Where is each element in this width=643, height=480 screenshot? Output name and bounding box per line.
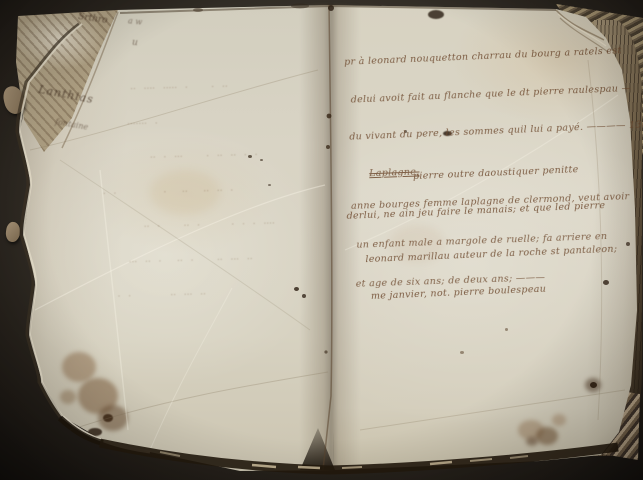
faded-line: ······· · — [127, 113, 331, 130]
faded-line: ··· ·· · ·· · ·· ··· ·· — [129, 251, 335, 268]
faded-text-traces: ·· ···· ····· · · ·· ······· · ·· · ··· … — [130, 55, 337, 325]
faded-line: ·· · ·· · · · · ···· — [144, 216, 334, 232]
faded-line: ·· ···· ····· · · ·· — [130, 78, 330, 95]
manuscript-line: pr à leonard nouquetton charrau du bourg… — [344, 45, 624, 69]
spine-note: u — [132, 38, 138, 48]
entry-heading: Laplagne, — [369, 165, 420, 180]
faded-line: · · · ·· ·· ·· · — [103, 182, 333, 200]
manuscript-entry-2: Laplagne, anne bourges femme laplagne de… — [349, 145, 632, 317]
manuscript-line: et age de six ans; de deux ans; ——— — [356, 268, 632, 291]
spine-note: a w — [128, 16, 143, 26]
faded-line: · · ·· ··· ·· — [118, 285, 336, 302]
faded-line: ·· · ··· · ·· ·· · · — [150, 147, 332, 163]
manuscript-line: anne bourges femme laplagne de clermond,… — [351, 190, 629, 213]
manuscript-scan: pr à leonard nouquetton charrau du bourg… — [0, 0, 643, 480]
manuscript-line: du vivant du pere, les sommes quil lui a… — [349, 120, 627, 144]
manuscript-line: delui avoit fait au flanche que le dt pi… — [351, 83, 626, 107]
manuscript-line: un enfant male a margole de ruelle; fa a… — [356, 229, 630, 252]
